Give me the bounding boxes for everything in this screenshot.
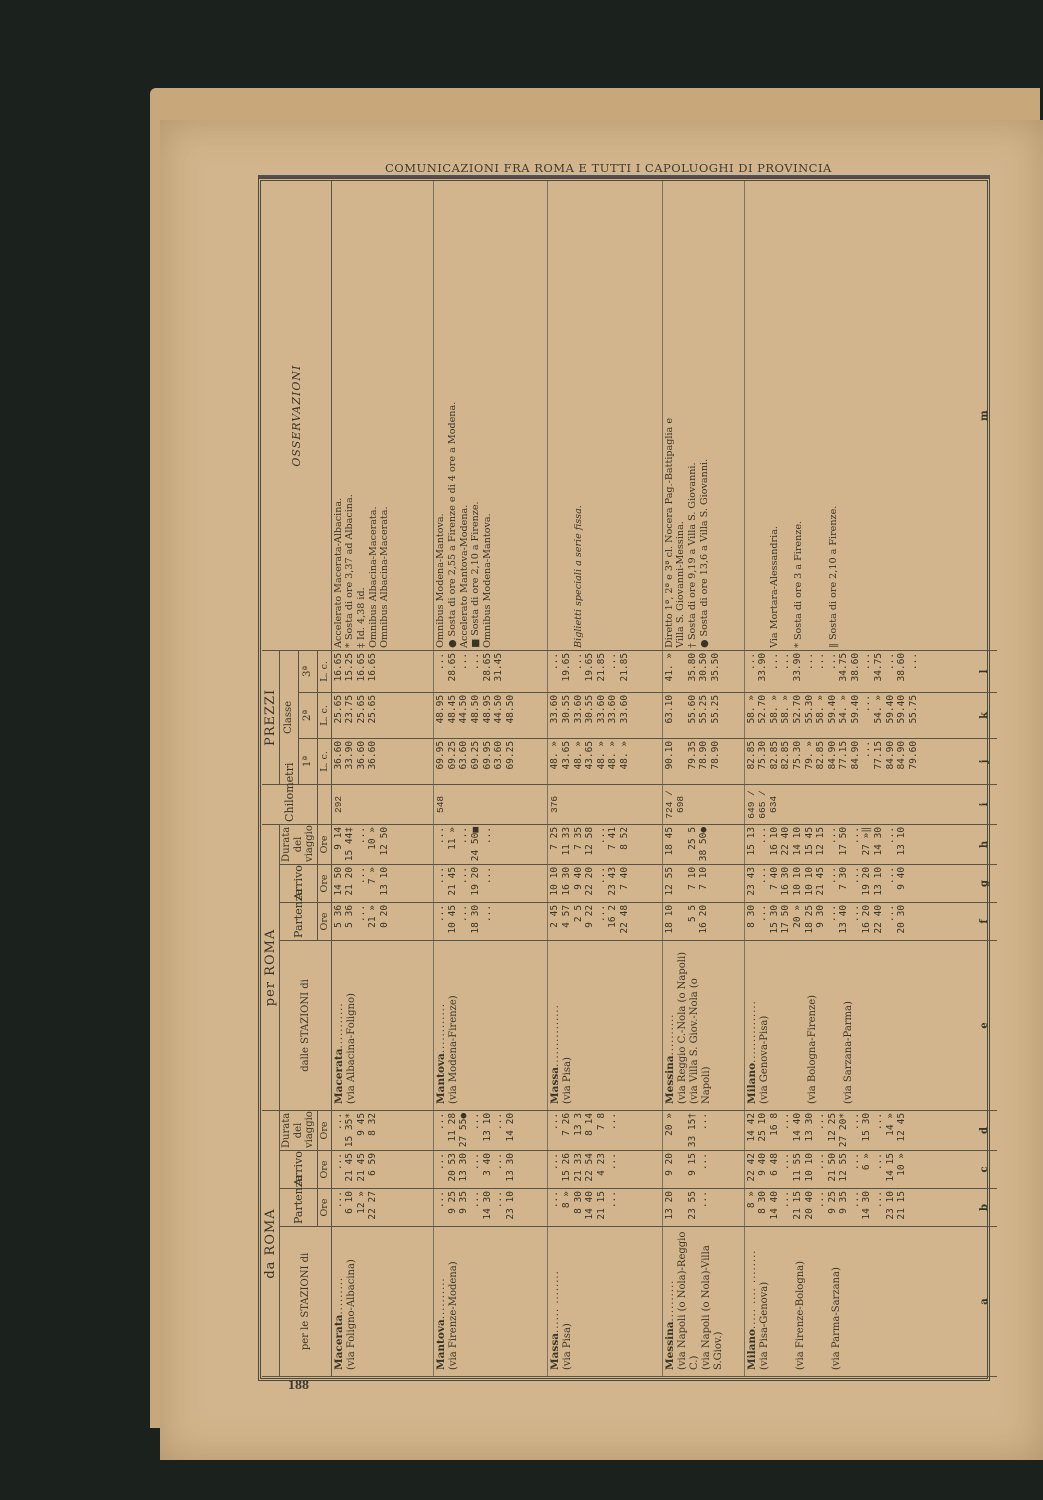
durata-cell: ... 15 35* 9 45 8 32 [331,1110,434,1150]
observations-cell: Omnibus Modena-Mantova.● Sosta di ore 2,… [434,181,548,650]
footnote-letter: d [978,1110,996,1150]
unit-ore: Ore [317,902,331,940]
km-cell: 292 [331,784,434,824]
km-cell: 724 / 698 [662,784,744,824]
km-cell: 649 / 665 / 634 [744,784,978,824]
arrivo-cell: 9 20 9 15 ... [662,1151,744,1189]
price-3-cell: ... 19.65 ... 19.65 21.85 ... 21.85 [548,650,662,692]
price-3-cell: 41. » 35.80 30.50 35.50 [662,650,744,692]
footnote-letter: c [978,1151,996,1189]
arrivo-cell: ... 21 45 ... 19 20 ... [434,864,548,902]
arrivo-cell: 23 43 ... 7 40 16 30 10 10 10 10 21 45 .… [744,864,978,902]
km-cell: 376 [548,784,662,824]
header-partenza-per: Partenza [280,902,318,940]
footnote-letter: a [978,1227,996,1377]
station-cell: Macerata.........(via Foligno-Albacina) [331,1227,434,1377]
price-1-cell: 82.85 75.30 82.85 82.85 75.30 79. » 82.8… [744,738,978,784]
footnote-letter: k [978,692,996,738]
table-row-massa: Massa...... ........(via Pisa) ... 8 » 8… [548,181,662,1376]
partenza-cell: 8 30 ... 15 30 17 50 20 » 18 25 9 30 ...… [744,902,978,940]
partenza-cell: 5 36 5 36 ... 21 » 0 20 [331,902,434,940]
footnote-letter: b [978,1189,996,1227]
station-cell: Macerata...........(via Albacina-Foligno… [331,940,434,1110]
header-durata-da: Durata del viaggio [280,1110,318,1150]
section-per-roma: per ROMA [262,824,280,1110]
section-prezzi: PREZZI [262,650,280,784]
price-1-cell: 48. » 43.65 48. » 43.65 48. » 48. » 48. … [548,738,662,784]
station-cell: Massa...............(via Pisa) [548,940,662,1110]
durata-cell: 15 13 ... 16 10 22 40 14 10 15 45 12 15 … [744,824,978,864]
header-partenza-da: Partenza [280,1189,318,1227]
unit-ore: Ore [317,1151,331,1189]
unit-ore: Ore [317,1110,331,1150]
footnote-letter: f [978,902,996,940]
arrivo-cell: ... 21 45 21 45 6 59 [331,1151,434,1189]
observations-cell: Via Mortara-Alessandria. * Sosta di ore … [744,181,978,650]
price-3-cell: ... 33.90 ... ... 33.90 ... ... ... 34.7… [744,650,978,692]
header-osservazioni: OSSERVAZIONI [262,181,331,650]
observations-cell: Diretto 1ª, 2ª e 3ª cl. Nocera Pag.-Batt… [662,181,744,650]
observations-cell: Biglietti speciali a serie fissa. [548,181,662,650]
durata-cell: 9 14 15 44‡ ... 10 » 12 50 [331,824,434,864]
header-arrivo-da: Arrivo [280,1151,318,1189]
partenza-cell: ... 6 10 12 » 22 27 [331,1189,434,1227]
table-row-mantova: Mantova..........(via Firenze-Modena) ..… [434,181,548,1376]
footnote-letters-row: a b c d e f g h i j k l m [978,181,996,1376]
header-chilometri: Chilometri [262,784,317,824]
unit-lire: L. c. [317,738,331,784]
page-number: 188 [288,1378,309,1394]
km-cell: 548 [434,784,548,824]
durata-cell: ... 11 » ... 24 50■ ... [434,824,548,864]
header-classe-2: 2ª [298,692,317,738]
partenza-cell: 2 45 4 57 2 5 9 22 ... 16 2 22 48 [548,902,662,940]
arrivo-cell: 10 10 16 30 9 40 22 20 ... 23 43 7 40 [548,864,662,902]
table-row-macerata: Macerata.........(via Foligno-Albacina) … [331,181,434,1376]
footnote-letter: j [978,738,996,784]
unit-ore: Ore [317,864,331,902]
station-cell: Milano..... .... ........(via Pisa-Genov… [744,1227,978,1377]
arrivo-cell: ... 15 26 21 33 22 54 4 23 ... [548,1151,662,1189]
price-3-cell: ... 28.65 ... ... 28.65 31.45 [434,650,548,692]
price-2-cell: 25.65 23.75 25.65 25.65 [331,692,434,738]
price-2-cell: 63.10 55.60 55.25 55.25 [662,692,744,738]
unit-km [317,784,331,824]
arrivo-cell: ... 20 53 13 30 ... 3 40 ... 13 30 [434,1151,548,1189]
durata-cell: 7 25 11 33 7 35 12 58 ... 7 41 8 52 [548,824,662,864]
durata-cell: ... 7 26 13 3 8 14 7 8 ... [548,1110,662,1150]
header-dalle-stazioni: dalle STAZIONI di [280,940,332,1110]
footnote-letter: l [978,650,996,692]
station-cell: Milano...............(via Genova-Pisa)(v… [744,940,978,1110]
timetable: da ROMA per ROMA Chilometri PREZZI OSSER… [262,181,997,1377]
station-cell: Massa...... ........(via Pisa) [548,1227,662,1377]
section-da-roma: da ROMA [262,1110,280,1376]
durata-cell: 20 » 33 15† ... [662,1110,744,1150]
footnote-letter: g [978,864,996,902]
partenza-cell: ... 9 25 9 35 ... 14 30 ... 23 10 [434,1189,548,1227]
observations-cell: Accelerato Macerata-Albacina.* Sosta di … [331,181,434,650]
table-row-milano: Milano..... .... ........(via Pisa-Genov… [744,181,978,1376]
header-durata-per: Durata del viaggio [280,824,318,864]
unit-lire: L. c. [317,650,331,692]
partenza-cell: 8 » 8 30 14 40 ... 21 15 20 40 ... 9 25 … [744,1189,978,1227]
price-3-cell: 16.65 15.25 16.65 16.65 [331,650,434,692]
price-1-cell: 69.95 69.25 63.60 69.25 69.95 63.60 69.2… [434,738,548,784]
arrivo-cell: 12 55 7 10 7 10 [662,864,744,902]
station-cell: Messina..........(via Napoli (o Nola)-Re… [662,1227,744,1377]
arrivo-cell: 14 50 21 20 ... 7 » 13 10 [331,864,434,902]
station-cell: Mantova..........(via Firenze-Modena) [434,1227,548,1377]
durata-cell: 18 45 25 5 38 50● [662,824,744,864]
station-cell: Messina..........(via Reggio C.-Nola (o … [662,940,744,1110]
partenza-cell: 13 20 23 55 ... [662,1189,744,1227]
durata-cell: 14 42 25 10 16 8 ... 14 40 13 30 ... 12 … [744,1110,978,1150]
station-cell: Mantova............(via Modena-Firenze) [434,940,548,1110]
footnote-letter: m [978,181,996,650]
partenza-cell: ... 10 45 ... 18 30 ... [434,902,548,940]
unit-ore: Ore [317,824,331,864]
price-2-cell: 48.95 48.45 44.50 48.50 48.95 44.50 48.5… [434,692,548,738]
unit-ore: Ore [317,1189,331,1227]
header-classe-1: 1ª [298,738,317,784]
partenza-cell: 18 10 5 5 16 20 [662,902,744,940]
unit-lire: L. c. [317,692,331,738]
footnote-letter: h [978,824,996,864]
footnote-letter: e [978,940,996,1110]
footnote-letter: i [978,784,996,824]
price-1-cell: 36.60 33.90 36.60 36.60 [331,738,434,784]
timetable-rotated: da ROMA per ROMA Chilometri PREZZI OSSER… [262,182,988,1377]
header-per-le-stazioni: per le STAZIONI di [280,1227,332,1377]
running-head: COMUNICAZIONI FRA ROMA E TUTTI I CAPOLUO… [385,161,832,175]
price-1-cell: 90.10 79.35 78.90 78.90 [662,738,744,784]
table-row-messina: Messina..........(via Napoli (o Nola)-Re… [662,181,744,1376]
price-2-cell: 33.60 30.55 33.60 30.55 33.60 33.60 33.6… [548,692,662,738]
header-classe-3: 3ª [298,650,317,692]
arrivo-cell: 22 42 9 40 6 48 ... 11 55 10 10 ... 21 5… [744,1151,978,1189]
durata-cell: ... 11 28 27 55● ... 13 10 ... 14 20 [434,1110,548,1150]
partenza-cell: ... 8 » 8 30 14 40 21 15 ... [548,1189,662,1227]
header-arrivo-per: Arrivo [280,864,318,902]
price-2-cell: 58. » 52.70 58. » 58. » 52.70 55.30 58. … [744,692,978,738]
